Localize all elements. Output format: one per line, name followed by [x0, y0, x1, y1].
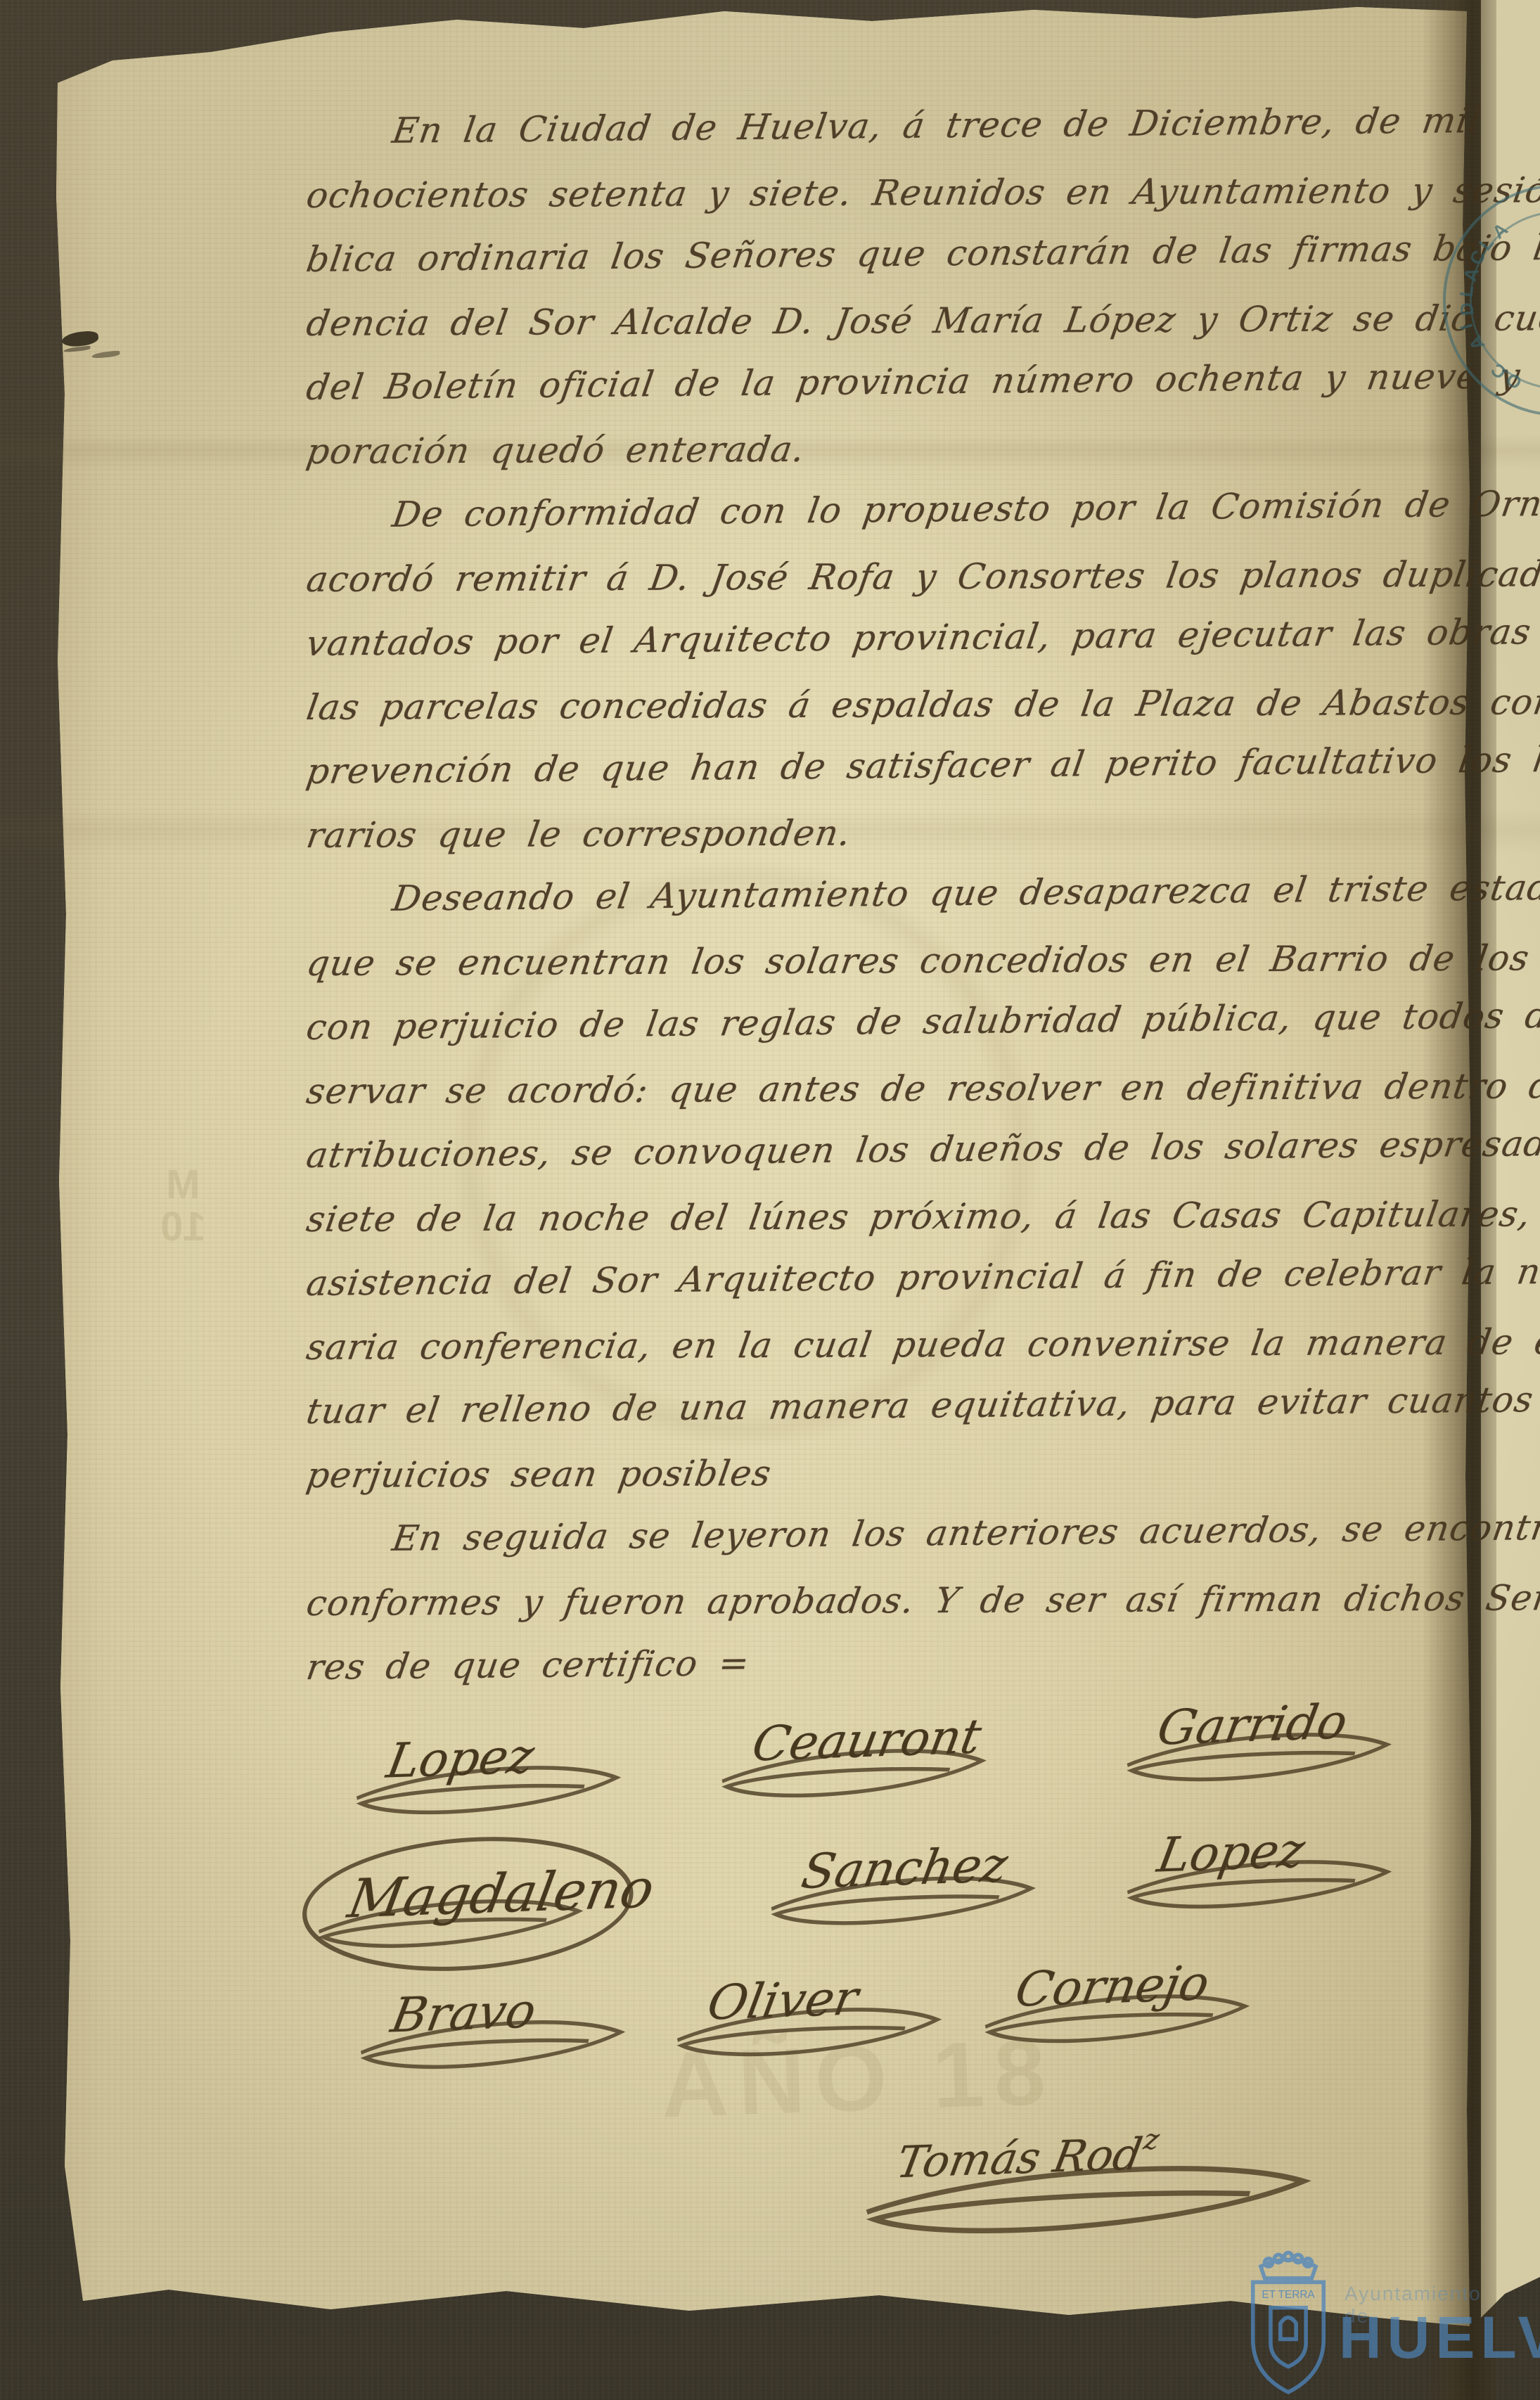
- signature: Lopez: [383, 1728, 538, 1789]
- document-scan: En la Ciudad de Huelva, á trece de Dicie…: [0, 0, 1540, 2400]
- watermark-city: HUELVA: [1339, 2304, 1540, 2372]
- manuscript-line: poración quedó enterada.: [304, 429, 808, 472]
- signature: Oliver: [703, 1970, 862, 2031]
- signature: Tomás Rodz: [893, 2124, 1162, 2188]
- manuscript-line: las parcelas concedidas á espaldas de la…: [304, 681, 1540, 728]
- stamp-arc-letter: D: [1456, 302, 1480, 316]
- signature: Magdaleno: [344, 1857, 659, 1930]
- manuscript-line: acordó remitir á D. José Rofa y Consorte…: [304, 553, 1540, 600]
- manuscript-line: perjuicios sean posibles: [304, 1453, 774, 1496]
- signature: Garrido: [1153, 1694, 1352, 1756]
- manuscript-line: rarios que le corresponden.: [304, 813, 854, 856]
- manuscript-line: que se encuentran los solares concedidos…: [304, 937, 1540, 984]
- manuscript-line: siete de la noche del lúnes próximo, á l…: [304, 1193, 1540, 1240]
- manuscript-line: saria conferencia, en la cual pueda conv…: [304, 1321, 1540, 1368]
- signature: Bravo: [387, 1983, 540, 2043]
- signature: Cornejo: [1011, 1956, 1213, 2017]
- manuscript-line: ochocientos setenta y siete. Reunidos en…: [304, 169, 1540, 216]
- signature: Lopez: [1153, 1823, 1309, 1883]
- shield-motto: ET TERRA: [1262, 2289, 1315, 2301]
- signature: Sanchez: [797, 1837, 1012, 1900]
- alcaldia-stamp-icon: ALCALDIA CO: [1443, 184, 1540, 416]
- signature: Ceauront: [748, 1709, 985, 1772]
- huelva-crest-icon: ET TERRA: [1239, 2249, 1337, 2400]
- manuscript-line: dencia del Sor Alcalde D. José María Lóp…: [304, 297, 1540, 344]
- manuscript-line: conformes y fueron aprobados. Y de ser a…: [304, 1577, 1540, 1624]
- manuscript-line: servar se acordó: que antes de resolver …: [304, 1065, 1540, 1112]
- manuscript-line: res de que certifico =: [304, 1643, 752, 1688]
